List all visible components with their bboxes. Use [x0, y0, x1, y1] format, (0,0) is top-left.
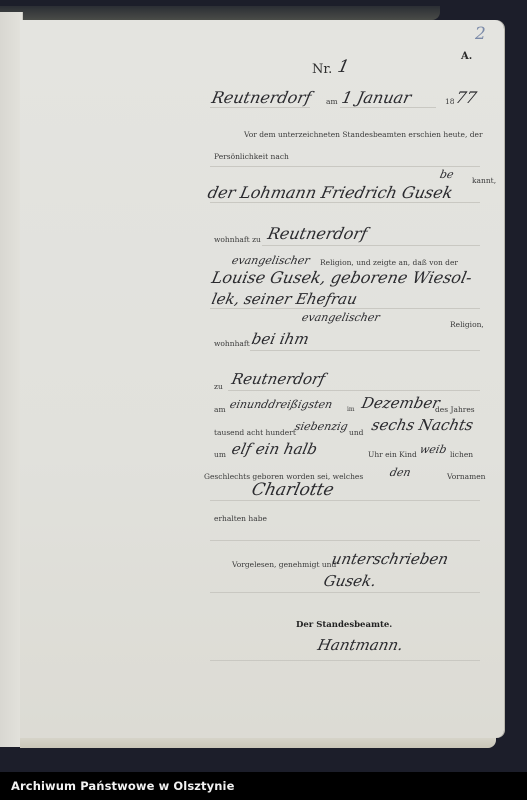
mother-residence-value: bei ihm [250, 330, 311, 348]
religion-mother: evangelischer [301, 311, 381, 324]
first-names-label: Vornamen [447, 472, 486, 481]
identity-text: Persönlichkeit nach [214, 152, 289, 161]
record-number-label: Nr. [312, 62, 332, 77]
thousand-label: tausend acht hundert [214, 428, 296, 437]
form-letter: A. [461, 51, 472, 62]
child-text: Uhr ein Kind [368, 450, 417, 459]
and-label: und [349, 428, 363, 437]
month-value: Dezember [360, 394, 441, 412]
residence-value: Reutnerdorf [266, 224, 369, 243]
intro-text: Vor dem unterzeichneten Standesbeamten e… [244, 130, 483, 139]
book-top-edge [0, 6, 440, 20]
religion-label: Religion, [450, 320, 484, 329]
hour-value: elf ein halb [230, 440, 319, 458]
place-handwritten: Reutnerdorf [210, 88, 313, 107]
hour-label: um [214, 450, 226, 459]
day-value: einunddreißigsten [229, 398, 334, 411]
read-approved-text: Vorgelesen, genehmigt und [232, 560, 336, 569]
official-signature: Hantmann. [316, 636, 405, 654]
birthplace-value: Reutnerdorf [230, 370, 327, 388]
mother-line-2: lek, seiner Ehefrau [210, 290, 359, 308]
page-bottom-edge [20, 738, 496, 748]
day-label: am [214, 405, 226, 414]
year-prefix: 18 [445, 97, 455, 106]
mother-line-1: Louise Gusek, geborene Wiesol- [210, 268, 474, 287]
month-label: im [347, 406, 355, 413]
mother-residence-label: wohnhaft [214, 339, 250, 348]
gender-value: weib [419, 443, 448, 456]
official-title: Der Standesbeamte. [296, 620, 392, 630]
year-suffix: 77 [454, 88, 478, 107]
date-am-label: am [326, 97, 338, 106]
declarant-name: der Lohmann Friedrich Gusek [206, 183, 455, 202]
date-handwritten: 1 Januar [340, 88, 413, 107]
religion-text: Religion, und zeigte an, daß von der [320, 258, 458, 267]
declarant-signature: Gusek. [322, 572, 378, 590]
year-value: sechs Nachts [370, 416, 475, 434]
birthplace-label: zu [214, 382, 223, 391]
decade-value: siebenzig [294, 420, 349, 433]
name-pronoun: den [389, 466, 412, 479]
year-label: des Jahres [435, 405, 475, 414]
signed-value: unterschrieben [330, 550, 450, 568]
religion-declarant: evangelischer [231, 254, 311, 267]
received-text: erhalten habe [214, 514, 267, 523]
residence-label: wohnhaft zu [214, 235, 261, 244]
archive-name: Archiwum Państwowe w Olsztynie [11, 779, 234, 793]
page-number: 2 [475, 24, 486, 44]
child-name: Charlotte [250, 480, 336, 500]
kannt-text: kannt, [472, 176, 496, 185]
lichen-text: lichen [450, 450, 473, 459]
declarant-superscript: be [439, 168, 455, 181]
